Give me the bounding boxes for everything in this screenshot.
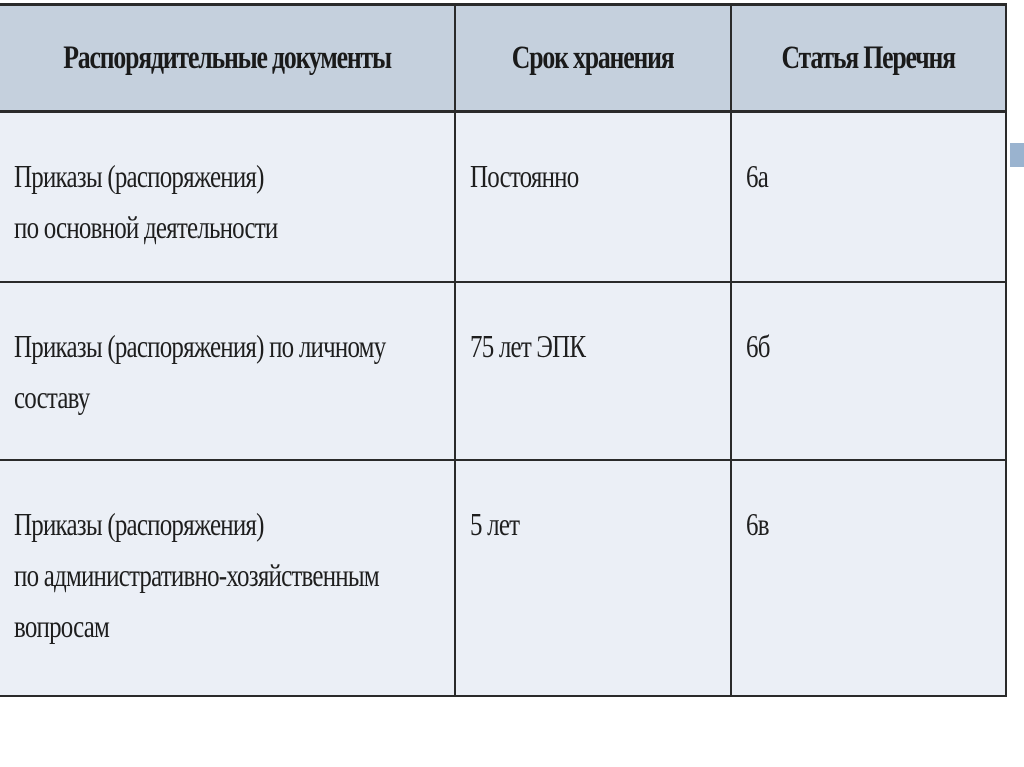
article-value: 6а (746, 151, 768, 202)
document-line: Приказы (распоряжения) (14, 499, 264, 550)
header-article-label: Статья Перечня (782, 40, 955, 77)
document-line: по основной деятельности (14, 202, 277, 253)
cell-document: Приказы (распоряжения) по основной деяте… (0, 112, 455, 283)
retention-value: 5 лет (470, 499, 519, 550)
article-value: 6б (746, 321, 770, 372)
document-line: по административно-хозяйственным (14, 550, 379, 601)
cell-article: 6в (731, 460, 1006, 696)
document-line: Приказы (распоряжения) (14, 151, 264, 202)
document-line: Приказы (распоряжения) по личному (14, 321, 385, 372)
cell-retention: Постоянно (455, 112, 731, 283)
cell-document: Приказы (распоряжения) по личному состав… (0, 282, 455, 460)
article-value: 6в (746, 499, 769, 550)
retention-value: Постоянно (470, 151, 578, 202)
table-row: Приказы (распоряжения) по административн… (0, 460, 1006, 696)
cell-document: Приказы (распоряжения) по административн… (0, 460, 455, 696)
cell-retention: 75 лет ЭПК (455, 282, 731, 460)
document-line: вопросам (14, 601, 109, 652)
cell-article: 6а (731, 112, 1006, 283)
header-retention: Срок хранения (455, 5, 731, 112)
header-article: Статья Перечня (731, 5, 1006, 112)
header-documents-label: Распорядительные документы (63, 40, 391, 77)
cell-retention: 5 лет (455, 460, 731, 696)
table-row: Приказы (распоряжения) по личному состав… (0, 282, 1006, 460)
document-line: составу (14, 372, 90, 423)
header-retention-label: Срок хранения (512, 40, 674, 77)
cell-article: 6б (731, 282, 1006, 460)
retention-table: Распорядительные документы Срок хранения… (0, 3, 1007, 697)
retention-value: 75 лет ЭПК (470, 321, 585, 372)
header-documents: Распорядительные документы (0, 5, 455, 112)
table-row: Приказы (распоряжения) по основной деяте… (0, 112, 1006, 283)
table-header-row: Распорядительные документы Срок хранения… (0, 5, 1006, 112)
slide-bullet-marker (1010, 143, 1024, 167)
